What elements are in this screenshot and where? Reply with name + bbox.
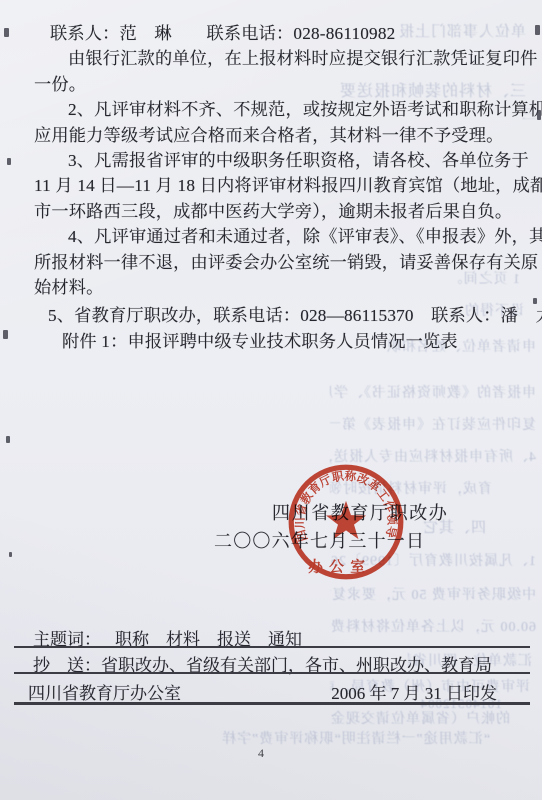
seal-office-text: 办公室 [308, 558, 371, 576]
bleed-through-text: 申报者的《教师资格证书》、学历证明的 [330, 382, 536, 402]
divider-rule [14, 702, 530, 705]
bleed-through-text: “汇款用途”一栏请注明“职称评审费”字样 [160, 728, 490, 748]
bleed-through-text: 60.00 元，以上各单位将材料费一并现金支付。 [330, 616, 536, 636]
scan-artifact [535, 25, 540, 35]
scan-artifact [6, 436, 10, 443]
body-line: 始材料。 [34, 275, 534, 300]
page-number: 4 [258, 746, 264, 761]
issuer-row: 四川省教育厅办公室 2006 年 7 月 31 日印发 [14, 679, 530, 704]
body-line: 11 月 14 日—11 月 18 日内将评审材料报四川教育宾馆（地址，成都 [34, 173, 534, 198]
svg-text:四川省教育厅职称改革工作领导小组: 四川省教育厅职称改革工作领导小组 [267, 443, 399, 543]
body-line: 一份。 [34, 72, 534, 97]
seal-star-icon [326, 501, 366, 539]
issuer-name: 四川省教育厅办公室 [28, 679, 181, 704]
body-line: 由银行汇款的单位，在上报材料时应提交银行汇款凭证复印件 [34, 46, 534, 71]
scan-artifact [533, 298, 537, 304]
body-line: 附件 1：申报评聘中级专业技术职务人员情况一览表 [34, 329, 534, 354]
scan-artifact [7, 158, 11, 165]
body-line: 3、凡需报省评审的中级职务任职资格，请各校、各单位务于 [34, 148, 534, 173]
print-date: 2006 年 7 月 31 日印发 [331, 679, 497, 704]
bleed-through-text: 的帐户（省属单位请交现金）。 [330, 708, 510, 728]
divider-rule [14, 646, 530, 648]
bleed-through-text: 复印件应装订在《申报表》第一页前。 [330, 414, 536, 434]
body-line: 应用能力等级考试应合格而来合格者，其材料一律不予受理。 [34, 123, 534, 148]
scan-artifact [9, 552, 12, 557]
seal-ring-text: 四川省教育厅职称改革工作领导小组 [267, 443, 399, 543]
scanned-document-page: 单位人事部门上报三、材料的装帧和报送要求三1 页之间。设不得的申请者单位、姓名和… [0, 0, 542, 800]
divider-rule [14, 672, 530, 674]
official-seal: 四川省教育厅职称改革工作领导小组 办公室 [267, 443, 425, 601]
scan-artifact [537, 110, 541, 120]
body-line: 所报材料一律不退，由评委会办公室统一销毁，请妥善保存有关原 [34, 250, 534, 275]
body-line: 市一环路西三段，成都中医药大学旁），逾期未报者后果自负。 [34, 199, 534, 224]
scan-artifact [3, 330, 8, 339]
body-line: 联系人：范 琳 联系电话：028-86110982 [34, 21, 534, 46]
body-line: 2、凡评审材料不齐、不规范，或按规定外语考试和职称计算机 [34, 97, 534, 122]
body-line: 4、凡评审通过者和未通过者，除《评审表》、《申报表》外，其 [34, 224, 534, 249]
body-line: 5、省教育厅职改办，联系电话：028—86115370 联系人：潘 力。 [34, 303, 534, 328]
scan-artifact [4, 28, 9, 37]
body-text: 联系人：范 琳 联系电话：028-86110982由银行汇款的单位，在上报材料时… [34, 21, 534, 354]
